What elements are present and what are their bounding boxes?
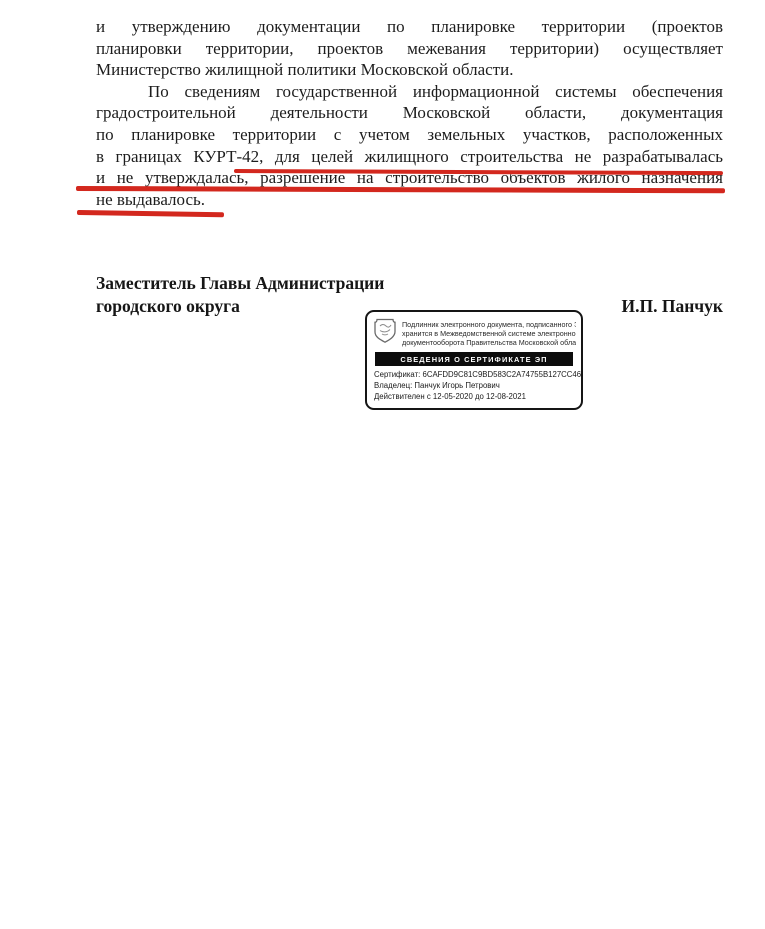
signatory-title-line: Заместитель Главы Администрации bbox=[96, 272, 384, 295]
signatory-name: И.П. Панчук bbox=[622, 295, 724, 318]
stamp-header-line: хранится в Межведомственной системе элек… bbox=[402, 329, 576, 338]
moscow-oblast-coat-of-arms-icon bbox=[374, 317, 396, 349]
certificate-owner: Владелец: Панчук Игорь Петрович bbox=[374, 380, 581, 391]
underlined-text-segment: для целей жилищного строительства не раз… bbox=[275, 147, 723, 166]
stamp-header-line: Подлинник электронного документа, подпис… bbox=[402, 320, 576, 329]
text-segment: в границах КУРТ-42, bbox=[96, 147, 263, 166]
signatory-title-line: городского округа bbox=[96, 295, 384, 318]
text-line: По сведениям государственной информацион… bbox=[96, 81, 723, 103]
text-line: по планировке территории с учетом земель… bbox=[96, 124, 723, 146]
document-body: и утверждению документации по планировке… bbox=[96, 16, 723, 210]
document-page: и утверждению документации по планировке… bbox=[0, 0, 765, 929]
certificate-validity: Действителен с 12-05-2020 до 12-08-2021 bbox=[374, 391, 581, 402]
stamp-header-text: Подлинник электронного документа, подпис… bbox=[402, 320, 576, 347]
stamp-header-line: документооборота Правительства Московско… bbox=[402, 338, 576, 347]
text-line: Министерство жилищной политики Московско… bbox=[96, 59, 723, 81]
esignature-stamp: Подлинник электронного документа, подпис… bbox=[365, 310, 583, 410]
certificate-details: Сертификат: 6CAFDD9C81C9BD583C2A74755B12… bbox=[367, 366, 581, 403]
stamp-header: Подлинник электронного документа, подпис… bbox=[367, 312, 581, 349]
certificate-title-bar: СВЕДЕНИЯ О СЕРТИФИКАТЕ ЭП bbox=[375, 352, 573, 366]
text-line: градостроительной деятельности Московско… bbox=[96, 102, 723, 124]
signatory-title: Заместитель Главы Администрации городско… bbox=[96, 272, 384, 318]
red-underline bbox=[77, 210, 224, 217]
text-line: и утверждению документации по планировке… bbox=[96, 16, 723, 38]
text-line: планировки территории, проектов межевани… bbox=[96, 38, 723, 60]
certificate-number: Сертификат: 6CAFDD9C81C9BD583C2A74755B12… bbox=[374, 369, 581, 380]
text-line: в границах КУРТ-42, для целей жилищного … bbox=[96, 146, 723, 168]
